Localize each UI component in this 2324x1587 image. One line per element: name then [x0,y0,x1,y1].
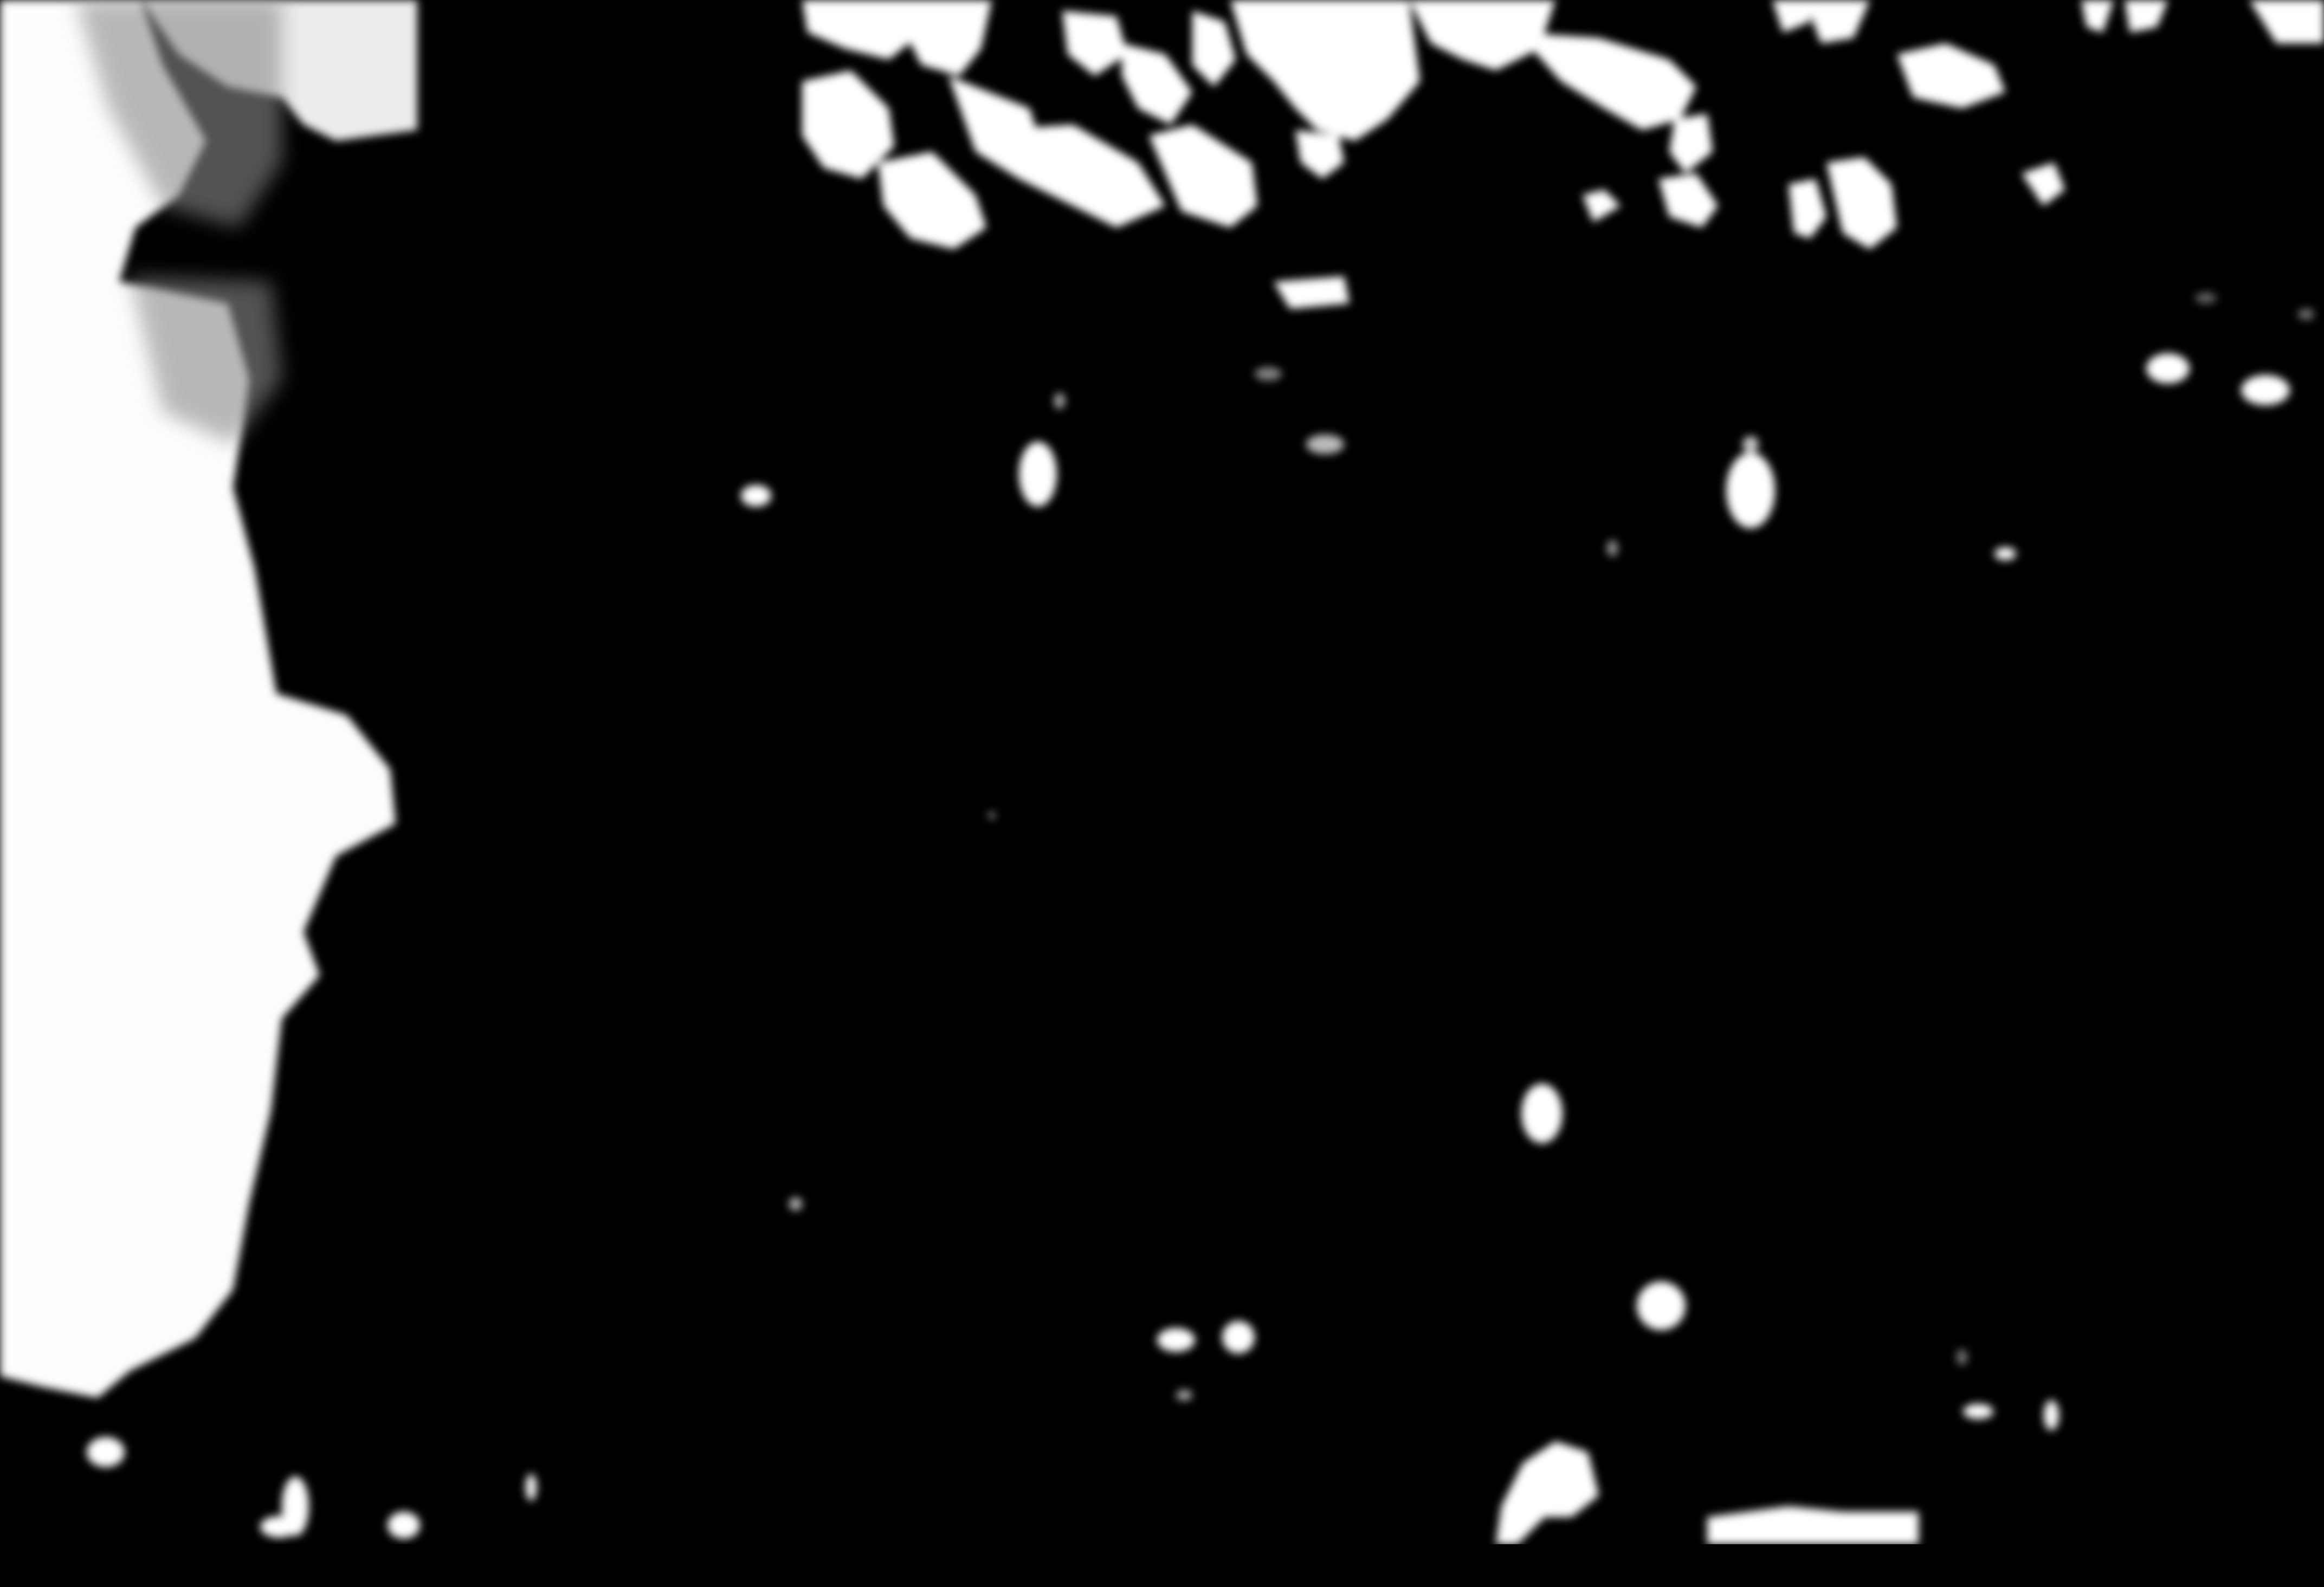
cloud-mask-image [0,0,2324,1587]
cloud-mask-svg [0,0,2324,1587]
